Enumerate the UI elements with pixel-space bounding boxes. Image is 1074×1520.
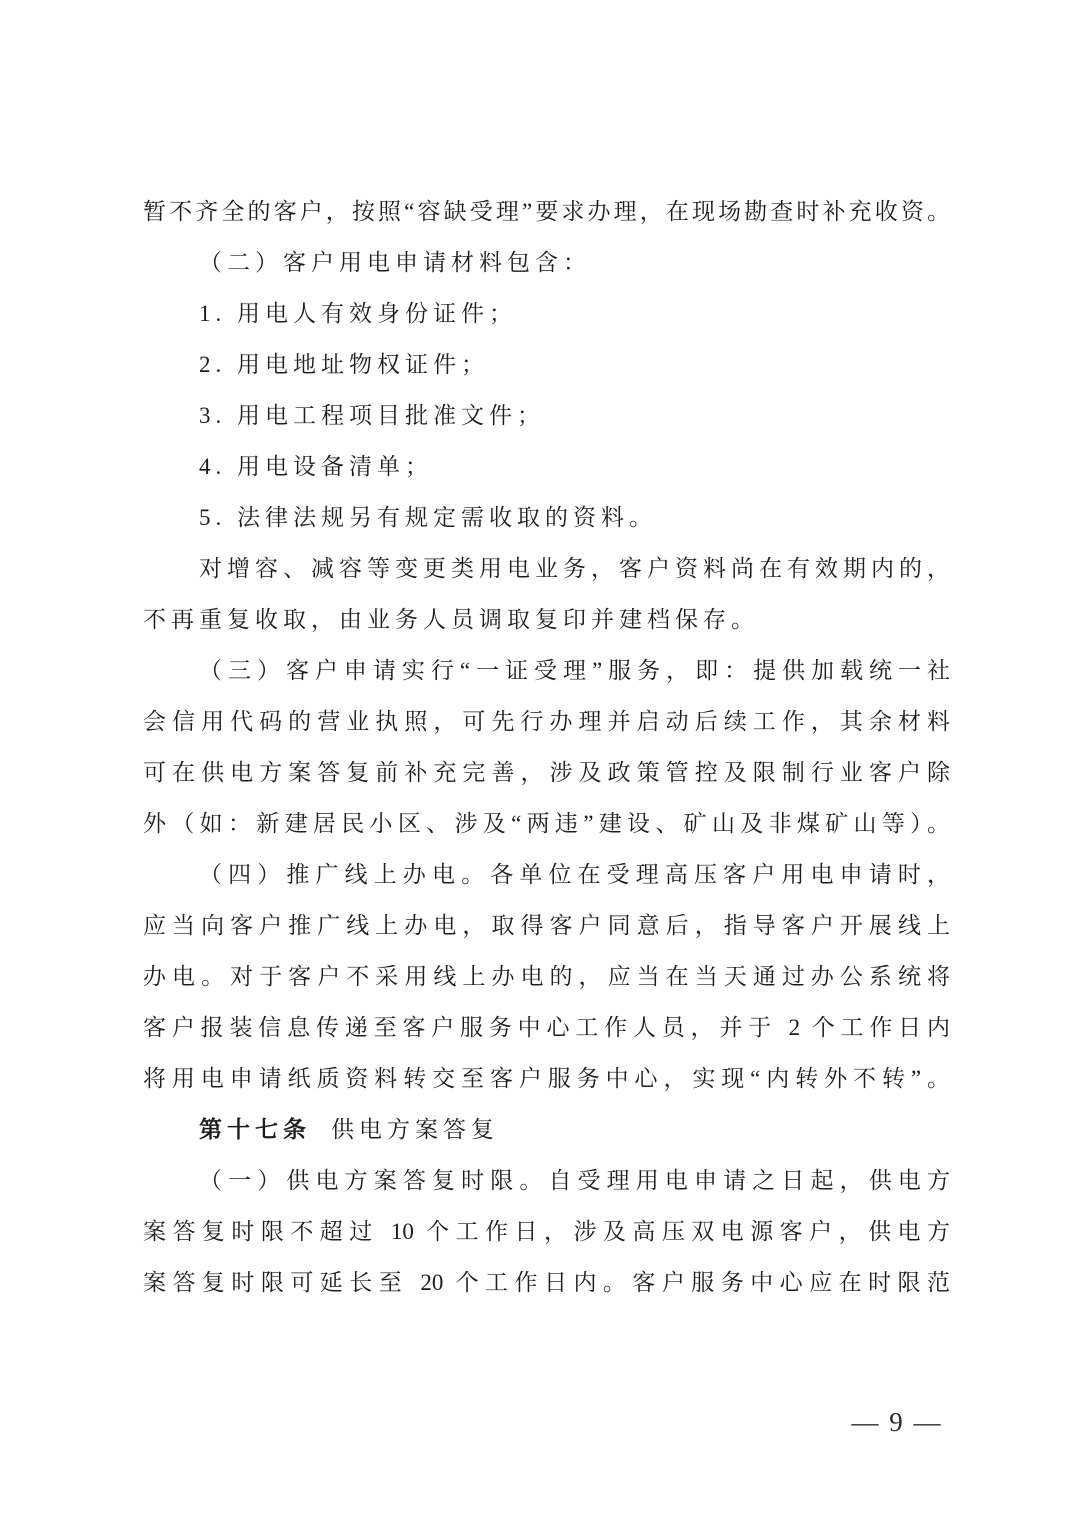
- para-renewal-line-1: 对增容、减容等变更类用电业务，客户资料尚在有效期内的，: [143, 543, 950, 594]
- para-reply-time-limit-line-1: （一）供电方案答复时限。自受理用电申请之日起，供电方: [143, 1155, 950, 1206]
- para-reply-time-limit-line-2: 案答复时限不超过 10 个工作日，涉及高压双电源客户，供电方: [143, 1206, 950, 1257]
- list-item-4-line-1: 4. 用电设备清单；: [143, 441, 950, 492]
- para-reply-time-limit: （一）供电方案答复时限。自受理用电申请之日起，供电方案答复时限不超过 10 个工…: [143, 1155, 950, 1308]
- para-item-4-line-1: （四）推广线上办电。各单位在受理高压客户用电申请时，: [143, 849, 950, 900]
- list-item-4: 4. 用电设备清单；: [143, 441, 950, 492]
- heading-article-17-line-1: 第十七条供电方案答复: [143, 1104, 950, 1155]
- para-item-3-line-1: （三）客户申请实行“一证受理”服务，即：提供加载统一社: [143, 645, 950, 696]
- list-item-5-line-1: 5. 法律法规另有规定需收取的资料。: [143, 492, 950, 543]
- list-item-1-line-1: 1. 用电人有效身份证件；: [143, 288, 950, 339]
- para-item-4: （四）推广线上办电。各单位在受理高压客户用电申请时，应当向客户推广线上办电，取得…: [143, 849, 950, 1104]
- heading-article-17: 第十七条供电方案答复: [143, 1104, 950, 1155]
- para-item-4-line-4: 客户报装信息传递至客户服务中心工作人员，并于 2 个工作日内: [143, 1002, 950, 1053]
- para-renewal: 对增容、减容等变更类用电业务，客户资料尚在有效期内的，不再重复收取，由业务人员调…: [143, 543, 950, 645]
- para-item-4-line-5: 将用电申请纸质资料转交至客户服务中心，实现“内转外不转”。: [143, 1053, 950, 1104]
- para-carryover-line-1: 暂不齐全的客户，按照“容缺受理”要求办理，在现场勘查时补充收资。: [143, 186, 950, 237]
- para-reply-time-limit-line-3: 案答复时限可延长至 20 个工作日内。客户服务中心应在时限范: [143, 1257, 950, 1308]
- para-item-3-line-3: 可在供电方案答复前补充完善，涉及政策管控及限制行业客户除: [143, 747, 950, 798]
- list-item-2-line-1: 2. 用电地址物权证件；: [143, 339, 950, 390]
- list-item-5: 5. 法律法规另有规定需收取的资料。: [143, 492, 950, 543]
- para-item-3: （三）客户申请实行“一证受理”服务，即：提供加载统一社会信用代码的营业执照，可先…: [143, 645, 950, 849]
- para-item-4-line-2: 应当向客户推广线上办电，取得客户同意后，指导客户开展线上: [143, 900, 950, 951]
- article-number: 第十七条: [199, 1117, 311, 1142]
- para-renewal-line-2: 不再重复收取，由业务人员调取复印并建档保存。: [143, 594, 950, 645]
- page-number: — 9 —: [832, 1400, 962, 1444]
- document-page: 暂不齐全的客户，按照“容缺受理”要求办理，在现场勘查时补充收资。（二）客户用电申…: [0, 0, 1074, 1520]
- para-item-2-line-1: （二）客户用电申请材料包含：: [143, 237, 950, 288]
- para-item-3-line-4: 外（如：新建居民小区、涉及“两违”建设、矿山及非煤矿山等）。: [143, 798, 950, 849]
- list-item-2: 2. 用电地址物权证件；: [143, 339, 950, 390]
- list-item-1: 1. 用电人有效身份证件；: [143, 288, 950, 339]
- para-item-2: （二）客户用电申请材料包含：: [143, 237, 950, 288]
- list-item-3-line-1: 3. 用电工程项目批准文件；: [143, 390, 950, 441]
- list-item-3: 3. 用电工程项目批准文件；: [143, 390, 950, 441]
- document-body: 暂不齐全的客户，按照“容缺受理”要求办理，在现场勘查时补充收资。（二）客户用电申…: [143, 186, 950, 1308]
- article-title: 供电方案答复: [331, 1117, 499, 1142]
- para-item-3-line-2: 会信用代码的营业执照，可先行办理并启动后续工作，其余材料: [143, 696, 950, 747]
- para-item-4-line-3: 办电。对于客户不采用线上办电的，应当在当天通过办公系统将: [143, 951, 950, 1002]
- para-carryover: 暂不齐全的客户，按照“容缺受理”要求办理，在现场勘查时补充收资。: [143, 186, 950, 237]
